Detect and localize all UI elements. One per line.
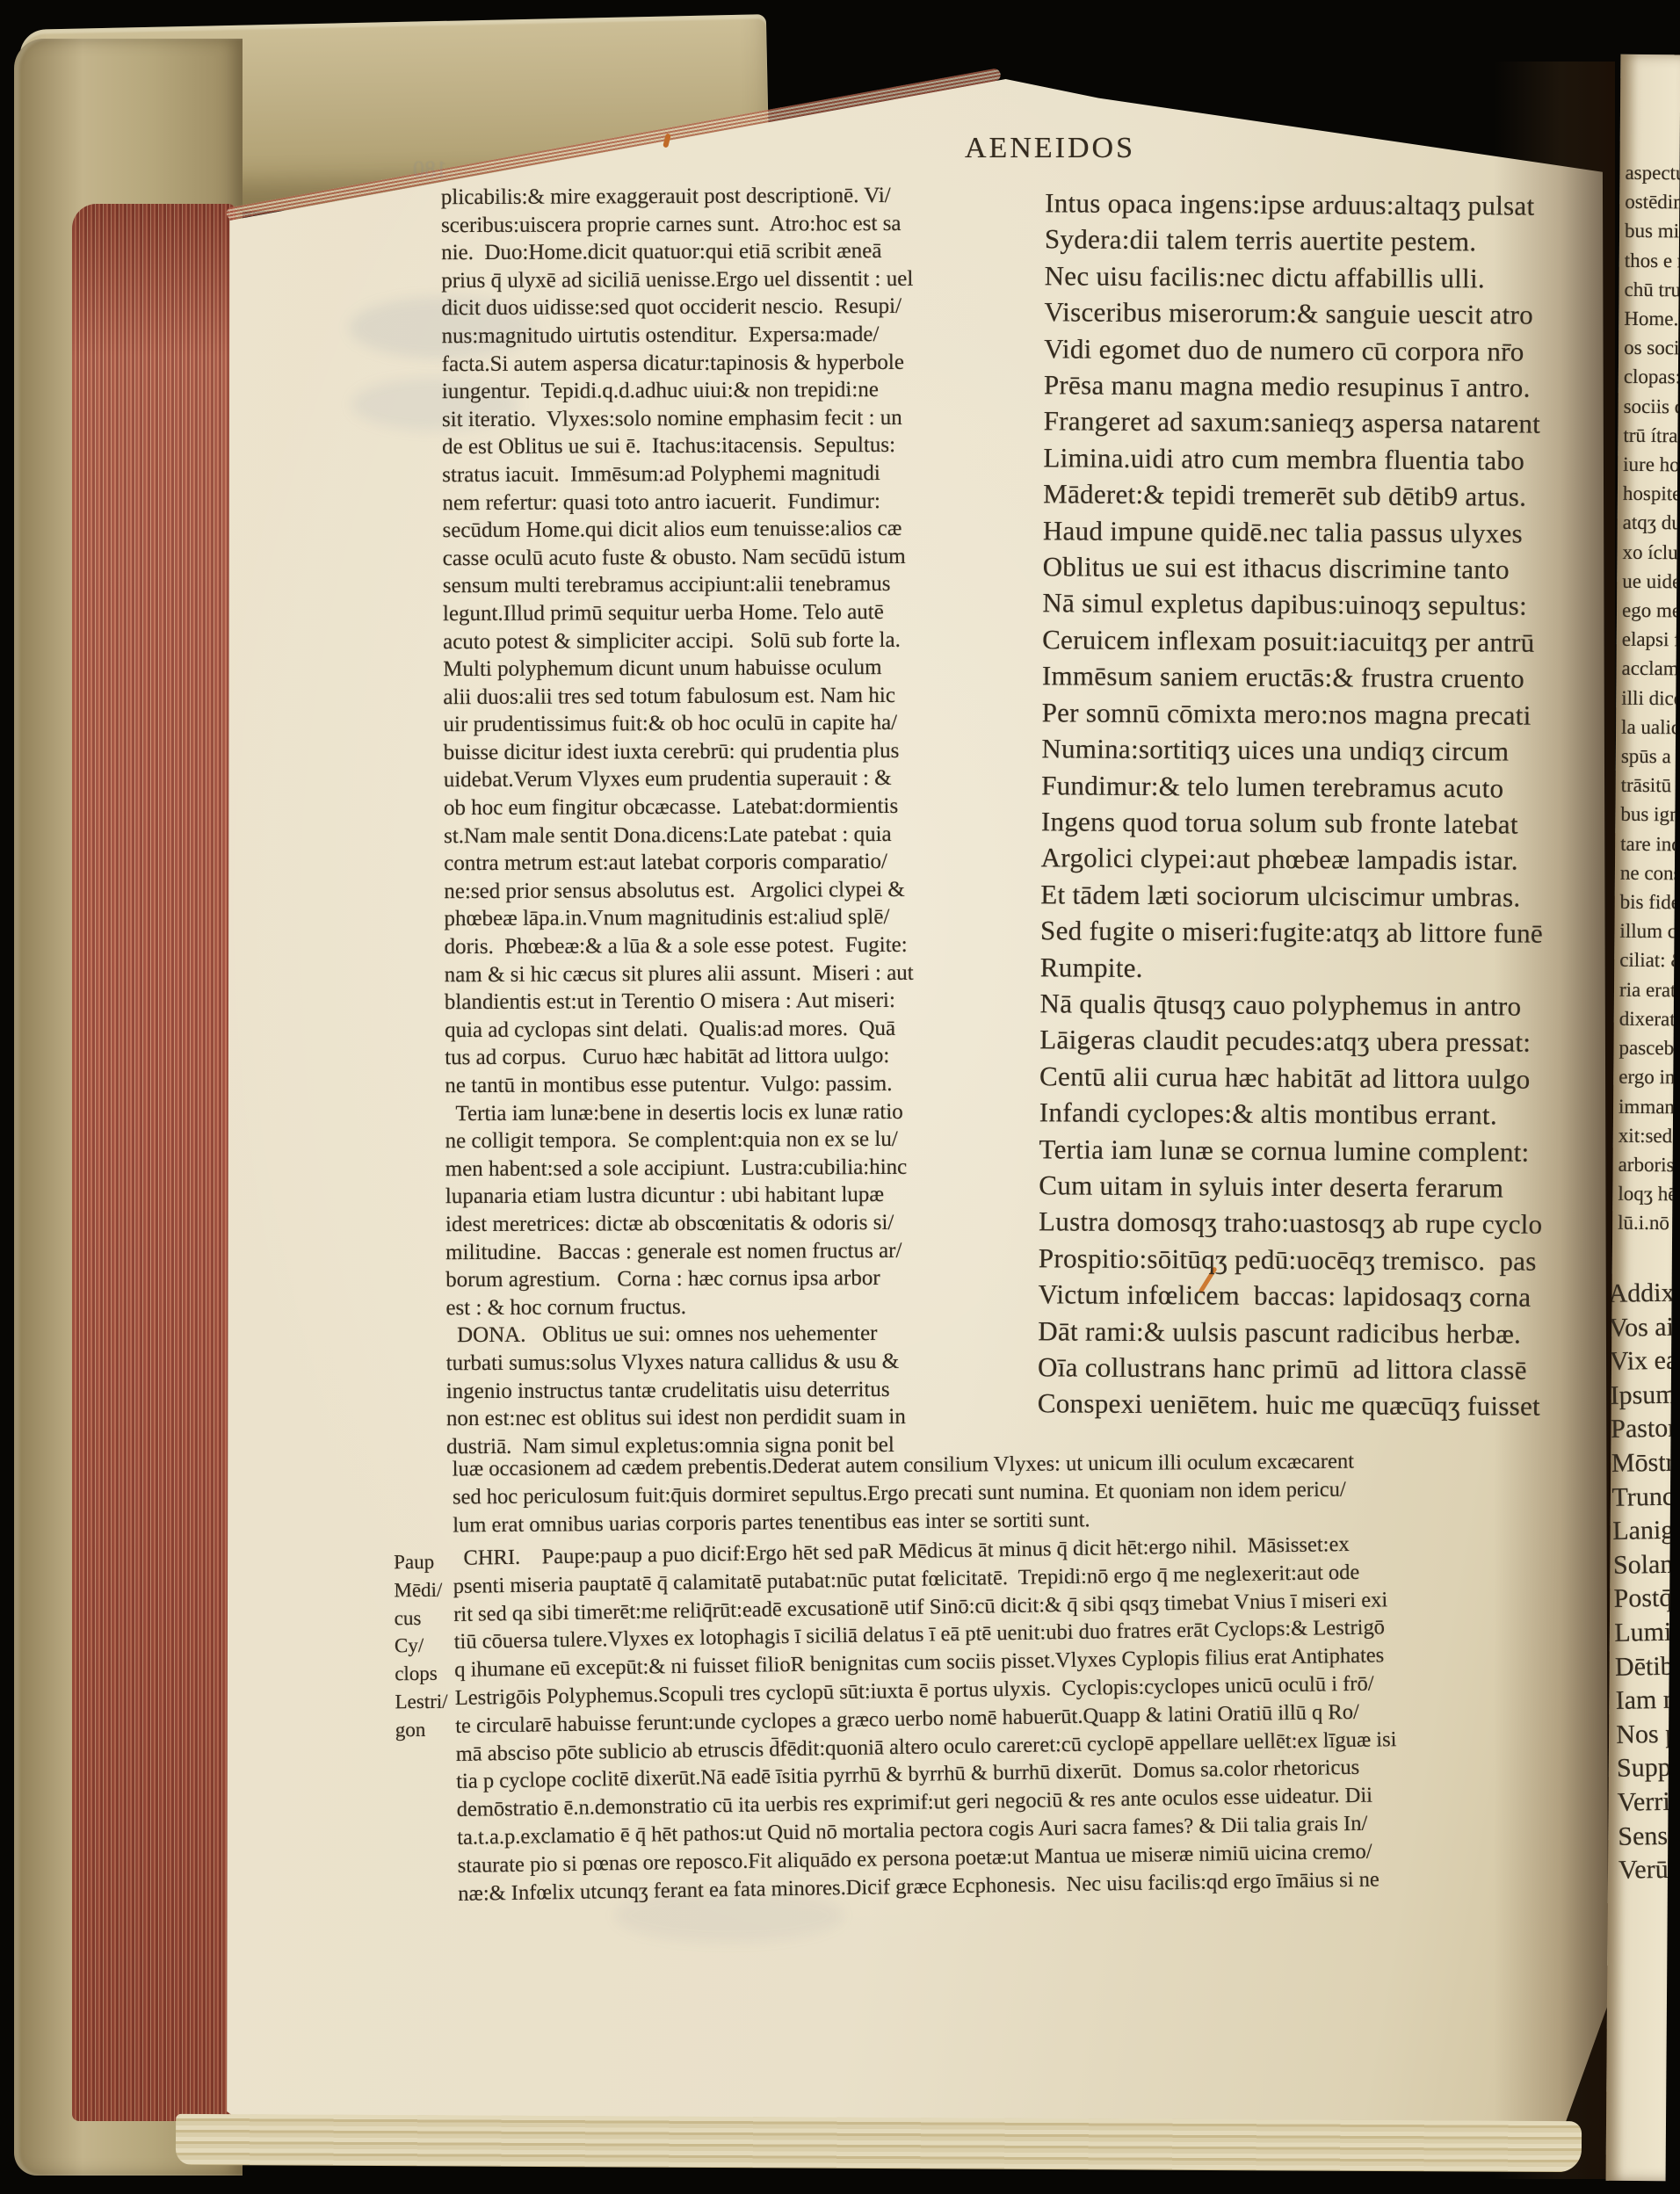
text-line: blandientis est:ut in Terentio O misera … [445,987,916,1017]
text-line: Sydera:dii talem terris auertite pestem. [1045,221,1549,261]
text-line: non est:nec est oblitus sui idest non pe… [446,1403,918,1433]
text-line: ostēdim [1625,187,1680,217]
text-line: Iam me [1615,1683,1680,1718]
text-line: nam & si hic cæcus sit plures alii assun… [445,959,916,988]
facing-page-verse-fragments: AddixiVos aiVix eaIpsumPastoreMōstruTrun… [1608,1276,1680,1887]
text-line: Rumpite. [1040,949,1545,988]
text-line: Argolici clypei:aut phœbeæ lampadis ista… [1040,840,1545,880]
text-line: uidebat.Verum Vlyxes eum prudentia super… [444,764,916,794]
text-line: acclamā [1621,654,1680,684]
text-line: doris. Phœbeæ:& a lūa & a sole esse pote… [445,931,916,961]
text-line: bis fider [1620,887,1680,917]
text-line: lū.i.nō n [1618,1208,1680,1238]
text-line: ego me a [1622,596,1680,626]
text-line: Nec uisu facilis:nec dictu affabillis ul… [1045,257,1549,297]
text-line: illi diceb [1621,683,1680,713]
text-line: pasceba [1618,1033,1680,1063]
text-line: ne:sed prior sensus absolutus est. Argol… [444,876,916,906]
margin-note-line: Lestri/ [395,1688,447,1716]
text-line: Verū [1618,1852,1680,1887]
text-line: Māderet:& tepidi tremerēt sub dētib9 art… [1043,476,1547,516]
text-line: Multi polyphemum dicunt unum habuisse oc… [443,654,915,684]
text-line: Lanige [1612,1513,1680,1548]
full-width-commentary: luæ occasionem ad cædem prebentis.Dedera… [453,1448,1355,1540]
text-line: Fundimur:& telo lumen terebramus acuto [1041,767,1546,807]
text-line: nus:magnitudo uirtutis ostenditur. Exper… [442,321,914,351]
text-line: dicit duos uidisse:sed quot occiderit ne… [441,293,913,322]
text-line: ue uider [1622,567,1680,597]
text-line: acuto potest & simpliciter accipi. Solū … [443,626,915,655]
text-line: Per somnū cōmixta mero:nos magna precati [1042,694,1546,734]
text-line: st.Nam male sentit Dona.dicens:Late pate… [444,820,916,850]
text-line: trū ítra [1623,421,1680,451]
text-line: Oblitus ue sui est ithacus discrimine ta… [1043,548,1547,588]
text-line: Addixi [1608,1276,1680,1311]
ghost-page-number: 180 [413,156,447,183]
text-line: Sed fugite o miseri:fugite:atqʒ ab litto… [1040,912,1545,952]
text-line: Nos pr [1616,1717,1680,1752]
text-line: Sensit: [1618,1819,1680,1854]
text-line: Dētibu [1615,1649,1680,1684]
text-line: nie. Duo:Home.dicit quatuor:qui etiā scr… [441,237,913,267]
text-line: illum cl [1619,916,1680,946]
text-line: tus ad corpus. Curuo hæc habitāt ad litt… [445,1042,916,1072]
text-line: uir prudentissimus fuit:& ob hoc oculū i… [443,709,915,739]
text-line: facta.Si autem aspersa dicatur:tapinosis… [442,348,914,378]
margin-note-line: Cy/ [395,1632,447,1660]
text-line: sociis de [1624,391,1680,421]
text-line: Postq̄ a [1613,1582,1680,1617]
text-line: trāsitū a [1621,771,1680,800]
text-line: quia ad cyclopas sint delati. Qualis:ad … [445,1015,916,1045]
text-line: Lāigeras claudit pecudes:atqʒ ubera pres… [1039,1022,1544,1061]
text-line: loqʒ hēn [1618,1179,1680,1209]
text-line: Trunca [1611,1480,1680,1515]
text-line: clopas:u [1624,362,1680,392]
text-line: xo íclusi [1622,537,1680,567]
facing-page-commentary-fragments: aspectuostēdimbus mithos e rchū truHome.… [1618,158,1680,1238]
text-line: Numina:sortitiqʒ uices una undiqʒ circum [1041,730,1546,770]
text-line: Victum infœlicem baccas: lapidosaqʒ corn… [1038,1276,1542,1315]
text-line: hospites [1623,479,1680,509]
text-line: ne tantū in montibus esse putentur. Vulg… [445,1070,916,1100]
bottom-page-stack [176,2114,1582,2172]
text-line: iure hos [1623,450,1680,480]
text-line: Limina.uidi atro cum membra fluentia tab… [1043,439,1547,479]
text-line: Suppl [1617,1751,1680,1786]
text-line: dixerat: [1619,1004,1680,1034]
chri-paragraph: CHRI. Paupe:paup a puo dicif:Ergo hēt se… [453,1530,1399,1908]
text-line: atqʒ duc [1623,508,1680,538]
text-line: plicabilis:& mire exaggerauit post descr… [441,182,913,212]
text-line: spūs a co [1621,742,1680,771]
text-line: sceribus:uiscera proprie carnes sunt. At… [441,209,913,239]
text-line: Oīa collustrans hanc primū ad littora cl… [1038,1349,1542,1388]
text-line: Pastore [1611,1412,1680,1447]
text-line: alii duos:alii tres sed totum fabulosum … [443,682,915,712]
text-line: idest meretrices: dictæ ab obscœnitatis … [445,1209,917,1239]
text-line: Vidi egomet duo de numero cū corpora nr̄… [1044,330,1548,370]
red-stained-fore-edge [72,204,235,2121]
text-line: Lustra domosqʒ traho:uastosqʒ ab rupe cy… [1039,1204,1543,1243]
text-line: ne consu [1620,858,1680,888]
text-line: Nā simul expletus dapibus:uinoqʒ sepultu… [1042,585,1546,625]
text-line: Lumin [1614,1615,1680,1650]
text-line: Centū alii curua hæc habitāt ad littora … [1039,1058,1544,1097]
text-line: bus igna [1620,800,1680,829]
book-photograph: 180 AENEIDOS plicabilis:& mire exaggerau… [0,0,1680,2194]
text-line: Ingens quod torua solum sub fronte lateb… [1041,803,1546,843]
text-line: Immēsum saniem eructās:& frustra cruento [1042,658,1546,698]
text-line: Prospitio:sōitūqʒ pedū:uocēqʒ tremisco. … [1039,1240,1543,1279]
text-line: casse oculū acuto fuste & obusto. Nam se… [443,543,915,573]
text-line: Solame [1613,1547,1680,1582]
text-line: Verrin [1617,1785,1680,1820]
text-line: Cum uitam in syluis inter deserta feraru… [1039,1167,1543,1206]
text-line: Nā qualis q̄tusqʒ cauo polyphemus in ant… [1039,985,1544,1025]
text-line: turbati sumus:solus Vlyxes natura callid… [446,1348,918,1378]
text-line: Mōstru [1611,1445,1680,1481]
text-line: bus mi [1625,216,1680,246]
text-line: thos e r [1625,245,1680,275]
text-line: xit:sed t [1618,1121,1680,1151]
text-line: Home. [1624,304,1680,334]
text-line: men habent:sed a sole accipiunt. Lustra:… [445,1154,917,1184]
text-line: Ipsum [1610,1378,1680,1413]
text-line: sit iteratio. Vlyxes:solo nomine emphasi… [442,404,914,434]
text-line: Ceruicem inflexam posuit:iacuitqʒ per an… [1042,621,1546,661]
text-line: Infandi cyclopes:& altis montibus errant… [1039,1094,1544,1133]
text-line: Dāt rami:& uulsis pascunt radicibus herb… [1038,1313,1542,1352]
text-line: ria erat. [1619,974,1680,1004]
text-line: phœbeæ lāpa.in.Vnum magnitudinis est:ali… [444,903,916,933]
text-line: Vos ai [1609,1310,1680,1345]
text-line: lupanaria etiam lustra dicuntur : ubi ha… [445,1181,917,1211]
commentary-column: plicabilis:& mire exaggerauit post descr… [441,182,918,1461]
margin-notes: PaupMēdi/cusCy/clopsLestri/gon [394,1548,448,1744]
text-line: secūdum Home.qui dicit alios eum tenuiss… [442,515,914,545]
text-line: ergo inf [1618,1062,1680,1092]
text-line: Conspexi ueniētem. huic me quæcūqʒ fuiss… [1038,1386,1542,1425]
facing-page-sliver: aspectuostēdimbus mithos e rchū truHome.… [1606,54,1680,2181]
text-line: chū tru [1624,275,1680,305]
text-line: arboris u [1618,1150,1680,1180]
margin-note-line: gon [395,1716,448,1744]
margin-note-line: Mēdi/ [394,1576,446,1604]
text-line: ob hoc eum fingitur obcæcasse. Latebat:d… [444,793,916,822]
text-line: Haud impune quidē.nec talia passus ulyxe… [1043,512,1547,552]
text-line: ingenio instructus tantæ crudelitatis ui… [446,1375,918,1405]
margin-note-line: Paup [394,1548,446,1576]
text-line: elapsi fu [1622,625,1680,655]
text-line: ne colligit tempora. Se complent:quia no… [445,1126,917,1155]
text-line: de est Oblitus ue sui ē. Itachus:itacens… [442,431,914,461]
text-line: immani [1618,1091,1680,1121]
text-line: militudine. Baccas : generale est nomen … [445,1236,917,1266]
text-line: sensum multi terebramus accipiunt:alii t… [443,570,915,600]
text-line: tare indu [1620,829,1680,858]
text-line: est : & hoc cornum fructus. [445,1293,917,1322]
text-line: Et tādem læti sociorum ulciscimur umbras… [1040,876,1545,916]
text-line: Tertia iam lunæ:bene in desertis locis e… [445,1097,916,1127]
text-line: Vix ea [1610,1344,1680,1379]
margin-note-line: clops [395,1660,447,1688]
text-line: prius q̄ ulyxē ad siciliā uenisse.Ergo u… [441,265,913,295]
text-line: buisse dicitur idest iuxta cerebrū: qui … [444,737,916,767]
text-line: DONA. Oblitus ue sui: omnes nos uehement… [445,1320,917,1350]
text-line: borum agrestium. Corna : hæc cornus ipsa… [445,1264,917,1294]
text-line: ciliat: & [1619,945,1680,975]
text-line: Frangeret ad saxum:sanieqʒ aspersa natar… [1044,403,1548,443]
text-line: Prēsa manu magna medio resupinus ī antro… [1044,366,1548,406]
text-line: os socio [1624,333,1680,363]
text-line: contra metrum est:aut latebat corporis c… [444,848,916,878]
text-line: la ualidi [1621,713,1680,742]
text-line: Tertia iam lunæ se cornua lumine complen… [1039,1131,1543,1170]
text-line: Visceribus miserorum:& sanguie uescit at… [1044,293,1548,333]
text-line: stratus iacuit. Immēsum:ad Polyphemi mag… [442,460,914,489]
running-title: AENEIDOS [965,132,1135,165]
margin-note-line: cus [395,1604,447,1632]
text-line: nem refertur: quasi toto antro iacuerit.… [442,487,914,517]
text-line: aspectu [1625,158,1680,188]
verse-column: Intus opaca ingens:ipse arduus:altaqʒ pu… [1038,185,1549,1424]
text-line: legunt.Illud primū sequitur uerba Home. … [443,598,915,628]
text-line: Intus opaca ingens:ipse arduus:altaqʒ pu… [1045,185,1549,224]
text-line: iungentur. Tepidi.q.d.adhuc uiui:& non t… [442,376,914,406]
